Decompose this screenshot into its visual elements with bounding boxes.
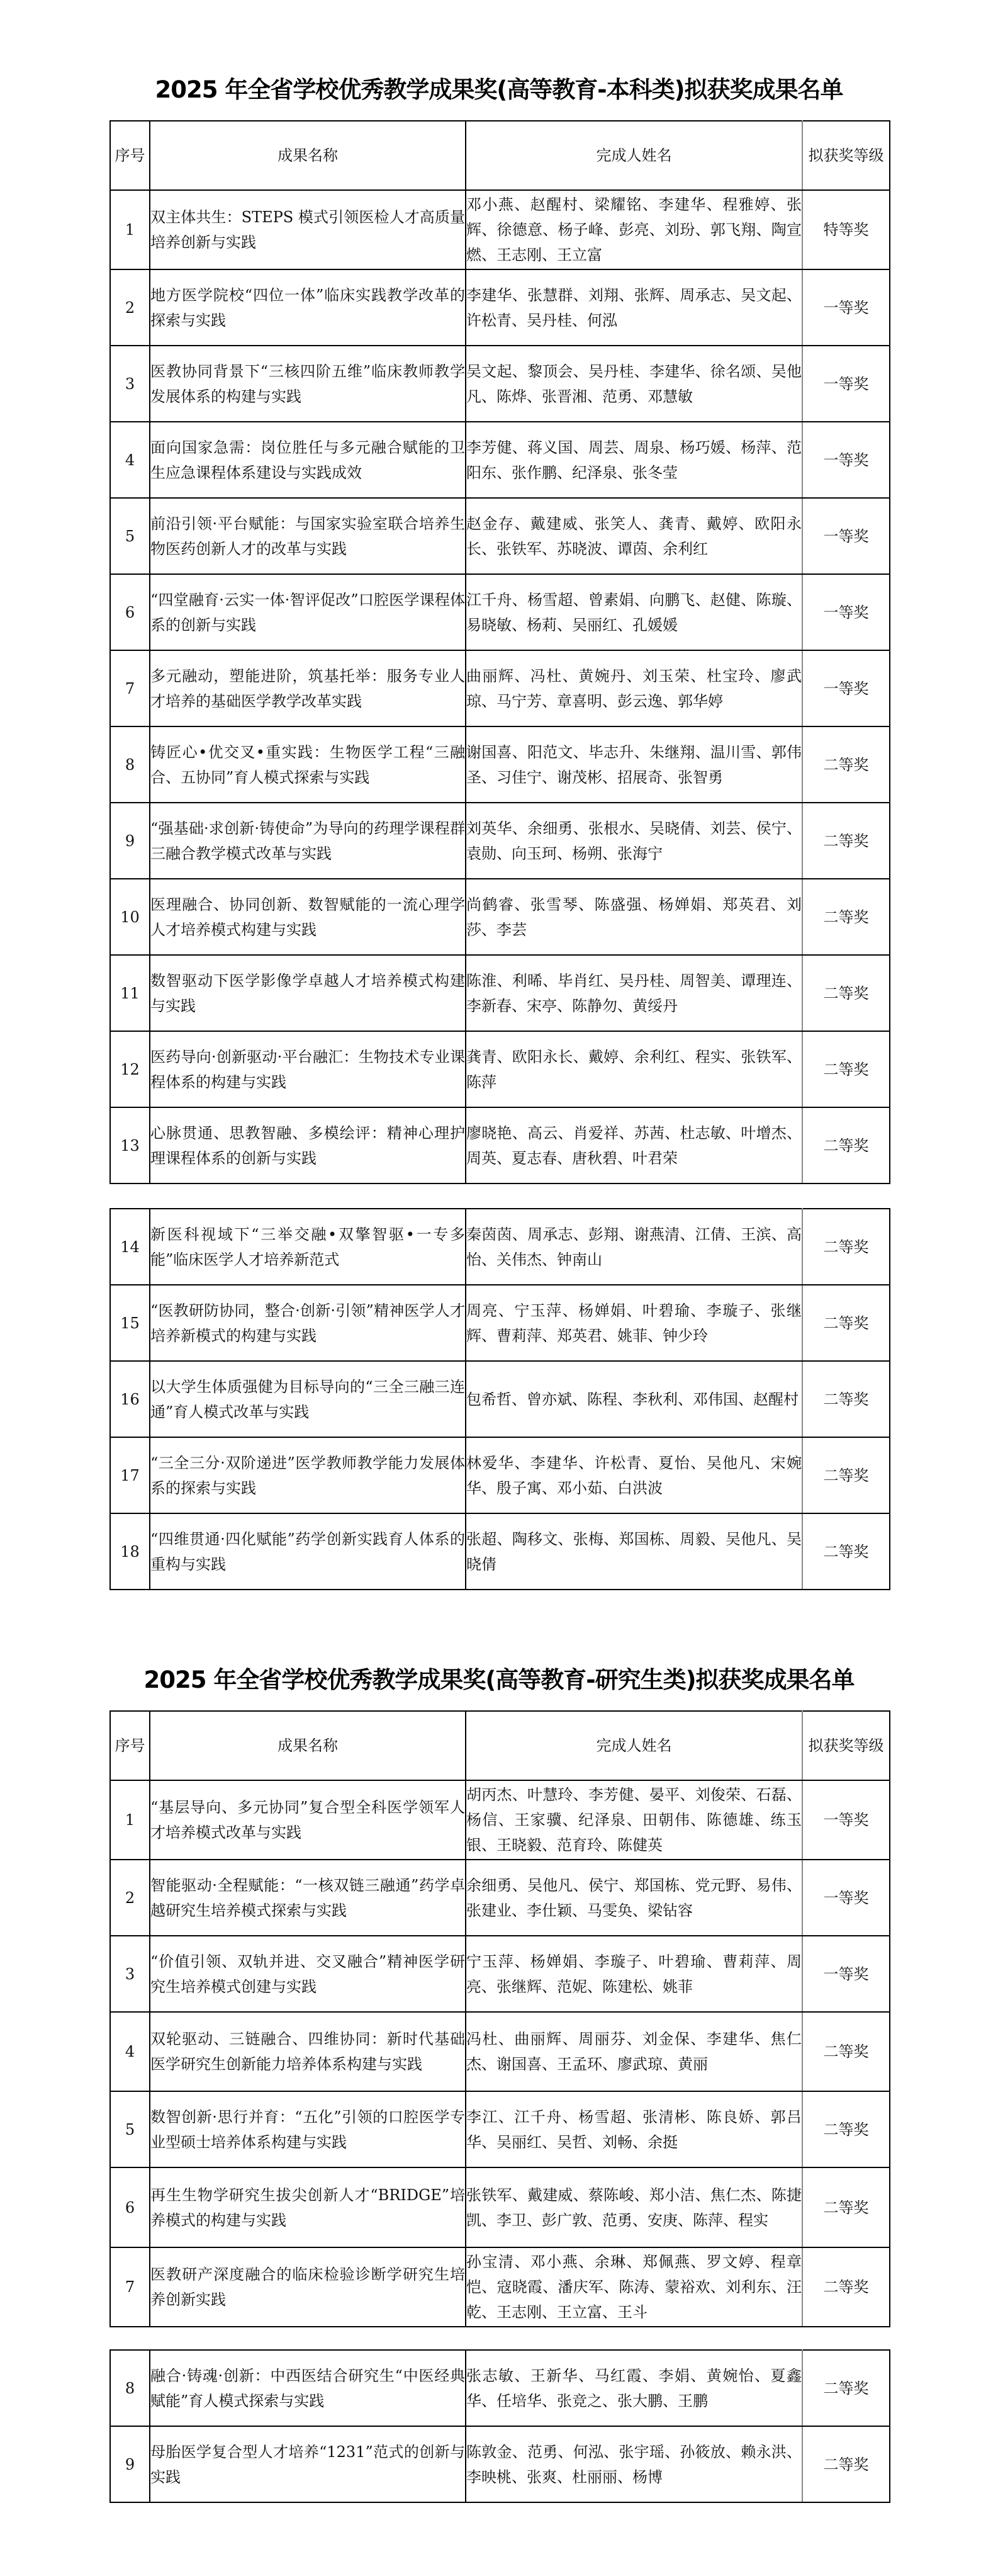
- row-level: 二等奖: [802, 726, 890, 803]
- row-names: 龚青、欧阳永长、戴婷、余利红、程实、张铁军、陈萍: [466, 1031, 802, 1107]
- table-row: 10 医理融合、协同创新、数智赋能的一流心理学人才培养模式构建与实践 尚鹤睿、张…: [110, 879, 890, 955]
- row-level: 一等奖: [802, 650, 890, 726]
- table-header-row: 序号 成果名称 完成人姓名 拟获奖等级: [110, 121, 890, 190]
- row-title: 数智创新·思行并育：“五化”引领的口腔医学专业型硕士培养体系构建与实践: [150, 2091, 466, 2167]
- table-row: 13 心脉贯通、思教智融、多模绘评：精神心理护理课程体系的创新与实践 廖晓艳、高…: [110, 1107, 890, 1183]
- table-row: 6 再生生物学研究生拔尖创新人才“BRIDGE”培养模式的构建与实践 张铁军、戴…: [110, 2167, 890, 2247]
- row-seq: 6: [110, 2167, 150, 2247]
- row-names: 尚鹤睿、张雪琴、陈盛强、杨婵娟、郑英君、刘莎、李芸: [466, 879, 802, 955]
- table-row: 4 面向国家急需：岗位胜任与多元融合赋能的卫生应急课程体系建设与实践成效 李芳健…: [110, 422, 890, 498]
- row-title: 再生生物学研究生拔尖创新人才“BRIDGE”培养模式的构建与实践: [150, 2167, 466, 2247]
- row-seq: 18: [110, 1513, 150, 1590]
- row-names: 包希哲、曾亦斌、陈程、李秋利、邓伟国、赵醒村: [466, 1361, 802, 1437]
- row-names: 张超、陶移文、张梅、郑国栋、周毅、吴他凡、吴晓倩: [466, 1513, 802, 1590]
- row-title: “四维贯通·四化赋能”药学创新实践育人体系的重构与实践: [150, 1513, 466, 1590]
- row-level: 二等奖: [802, 955, 890, 1031]
- row-seq: 9: [110, 2426, 150, 2502]
- row-seq: 11: [110, 955, 150, 1031]
- header-level: 拟获奖等级: [802, 1711, 890, 1780]
- row-title: “四堂融育·云实一体·智评促改”口腔医学课程体系的创新与实践: [150, 574, 466, 650]
- row-seq: 2: [110, 269, 150, 346]
- row-level: 一等奖: [802, 1780, 890, 1860]
- header-title: 成果名称: [150, 121, 466, 190]
- table-row: 5 前沿引领·平台赋能：与国家实验室联合培养生物医药创新人才的改革与实践 赵金存…: [110, 498, 890, 574]
- row-seq: 14: [110, 1209, 150, 1285]
- row-level: 二等奖: [802, 1285, 890, 1361]
- row-title: 数智驱动下医学影像学卓越人才培养模式构建与实践: [150, 955, 466, 1031]
- row-names: 孙宝清、邓小燕、余琳、郑佩燕、罗文婷、程章恺、寇晓霞、潘庆军、陈涛、蒙裕欢、刘利…: [466, 2247, 802, 2327]
- row-names: 冯杜、曲丽辉、周丽芬、刘金保、李建华、焦仁杰、谢国喜、王孟环、廖武琼、黄丽: [466, 2012, 802, 2091]
- row-title: 地方医学院校“四位一体”临床实践教学改革的探索与实践: [150, 269, 466, 346]
- row-seq: 9: [110, 803, 150, 879]
- table-row: 9 母胎医学复合型人才培养“1231”范式的创新与实践 陈敦金、范勇、何泓、张宇…: [110, 2426, 890, 2502]
- table-row: 16 以大学生体质强健为目标导向的“三全三融三连通”育人模式改革与实践 包希哲、…: [110, 1361, 890, 1437]
- table-row: 3 “价值引领、双轨并进、交叉融合”精神医学研究生培养模式创建与实践 宁玉萍、杨…: [110, 1936, 890, 2012]
- table-row: 5 数智创新·思行并育：“五化”引领的口腔医学专业型硕士培养体系构建与实践 李江…: [110, 2091, 890, 2167]
- table-header-row: 序号 成果名称 完成人姓名 拟获奖等级: [110, 1711, 890, 1780]
- row-title: 面向国家急需：岗位胜任与多元融合赋能的卫生应急课程体系建设与实践成效: [150, 422, 466, 498]
- row-title: “基层导向、多元协同”复合型全科医学领军人才培养模式改革与实践: [150, 1780, 466, 1860]
- row-names: 刘英华、余细勇、张根水、吴晓倩、刘芸、侯宁、袁勋、向玉珂、杨朔、张海宁: [466, 803, 802, 879]
- table-row: 8 融合·铸魂·创新：中西医结合研究生“中医经典赋能”育人模式探索与实践 张志敏…: [110, 2350, 890, 2426]
- row-level: 二等奖: [802, 1437, 890, 1513]
- row-title: 融合·铸魂·创新：中西医结合研究生“中医经典赋能”育人模式探索与实践: [150, 2350, 466, 2426]
- row-title: 医教协同背景下“三核四阶五维”临床教师教学发展体系的构建与实践: [150, 346, 466, 422]
- row-seq: 5: [110, 498, 150, 574]
- row-title: “三全三分·双阶递进”医学教师教学能力发展体系的探索与实践: [150, 1437, 466, 1513]
- table-row: 1 “基层导向、多元协同”复合型全科医学领军人才培养模式改革与实践 胡丙杰、叶慧…: [110, 1780, 890, 1860]
- undergrad-page-title: 2025 年全省学校优秀教学成果奖(高等教育-本科类)拟获奖成果名单: [0, 71, 998, 105]
- undergrad-table-body: 1 双主体共生：STEPS 模式引领医检人才高质量培养创新与实践 邓小燕、赵醒村…: [110, 190, 890, 1183]
- row-names: 廖晓艳、高云、肖爱祥、苏茜、杜志敏、叶增杰、周英、夏志春、唐秋碧、叶君荣: [466, 1107, 802, 1183]
- row-names: 江千舟、杨雪超、曾素娟、向鹏飞、赵健、陈璇、易晓敏、杨莉、吴丽红、孔媛媛: [466, 574, 802, 650]
- row-seq: 4: [110, 422, 150, 498]
- row-title: 智能驱动·全程赋能：“一核双链三融通”药学卓越研究生培养模式探索与实践: [150, 1860, 466, 1936]
- row-seq: 10: [110, 879, 150, 955]
- table-row: 17 “三全三分·双阶递进”医学教师教学能力发展体系的探索与实践 林爱华、李建华…: [110, 1437, 890, 1513]
- row-title: “强基础·求创新·铸使命”为导向的药理学课程群三融合教学模式改革与实践: [150, 803, 466, 879]
- row-names: 陈淮、利晞、毕肖红、吴丹桂、周智美、谭理连、李新春、宋亭、陈静勿、黄绥丹: [466, 955, 802, 1031]
- row-title: 前沿引领·平台赋能：与国家实验室联合培养生物医药创新人才的改革与实践: [150, 498, 466, 574]
- row-names: 胡丙杰、叶慧玲、李芳健、晏平、刘俊荣、石磊、杨信、王家骥、纪泽泉、田朝伟、陈德雄…: [466, 1780, 802, 1860]
- row-level: 特等奖: [802, 190, 890, 269]
- table-row: 8 铸匠心•优交叉•重实践：生物医学工程“三融合、五协同”育人模式探索与实践 谢…: [110, 726, 890, 803]
- row-level: 一等奖: [802, 269, 890, 346]
- row-title: 新医科视域下“三举交融•双擎智驱•一专多能”临床医学人才培养新范式: [150, 1209, 466, 1285]
- row-names: 曲丽辉、冯杜、黄婉丹、刘玉荣、杜宝玲、廖武琼、马宁芳、章喜明、彭云逸、郭华婷: [466, 650, 802, 726]
- row-level: 二等奖: [802, 2091, 890, 2167]
- row-seq: 6: [110, 574, 150, 650]
- row-title: 心脉贯通、思教智融、多模绘评：精神心理护理课程体系的创新与实践: [150, 1107, 466, 1183]
- table-row: 3 医教协同背景下“三核四阶五维”临床教师教学发展体系的构建与实践 吴文起、黎顶…: [110, 346, 890, 422]
- row-level: 一等奖: [802, 498, 890, 574]
- row-names: 张志敏、王新华、马红霞、李娟、黄婉怡、夏鑫华、任培华、张竞之、张大鹏、王鹏: [466, 2350, 802, 2426]
- row-level: 二等奖: [802, 2167, 890, 2247]
- row-title: 双主体共生：STEPS 模式引领医检人才高质量培养创新与实践: [150, 190, 466, 269]
- row-seq: 8: [110, 726, 150, 803]
- row-seq: 12: [110, 1031, 150, 1107]
- row-level: 二等奖: [802, 2350, 890, 2426]
- row-level: 一等奖: [802, 422, 890, 498]
- row-seq: 13: [110, 1107, 150, 1183]
- row-level: 一等奖: [802, 1860, 890, 1936]
- row-level: 一等奖: [802, 1936, 890, 2012]
- graduate-table-body-continued: 8 融合·铸魂·创新：中西医结合研究生“中医经典赋能”育人模式探索与实践 张志敏…: [110, 2350, 890, 2502]
- row-level: 一等奖: [802, 574, 890, 650]
- header-names: 完成人姓名: [466, 1711, 802, 1780]
- row-seq: 5: [110, 2091, 150, 2167]
- row-seq: 17: [110, 1437, 150, 1513]
- undergrad-table-body-continued: 14 新医科视域下“三举交融•双擎智驱•一专多能”临床医学人才培养新范式 秦茵茵…: [110, 1209, 890, 1590]
- row-seq: 16: [110, 1361, 150, 1437]
- row-level: 二等奖: [802, 2247, 890, 2327]
- row-seq: 8: [110, 2350, 150, 2426]
- row-seq: 4: [110, 2012, 150, 2091]
- header-seq: 序号: [110, 1711, 150, 1780]
- row-names: 谢国喜、阳范文、毕志升、朱继翔、温川雪、郭伟圣、习佳宁、谢茂彬、招展奇、张智勇: [466, 726, 802, 803]
- row-title: 铸匠心•优交叉•重实践：生物医学工程“三融合、五协同”育人模式探索与实践: [150, 726, 466, 803]
- table-row: 2 智能驱动·全程赋能：“一核双链三融通”药学卓越研究生培养模式探索与实践 余细…: [110, 1860, 890, 1936]
- row-seq: 1: [110, 1780, 150, 1860]
- table-row: 7 医教研产深度融合的临床检验诊断学研究生培养创新实践 孙宝清、邓小燕、余琳、郑…: [110, 2247, 890, 2327]
- graduate-page-title: 2025 年全省学校优秀教学成果奖(高等教育-研究生类)拟获奖成果名单: [0, 1661, 998, 1695]
- table-row: 14 新医科视域下“三举交融•双擎智驱•一专多能”临床医学人才培养新范式 秦茵茵…: [110, 1209, 890, 1285]
- row-names: 赵金存、戴建威、张笑人、龚青、戴婷、欧阳永长、张铁军、苏晓波、谭茵、余利红: [466, 498, 802, 574]
- row-names: 林爱华、李建华、许松青、夏怡、吴他凡、宋婉华、殷子寓、邓小茹、白洪波: [466, 1437, 802, 1513]
- row-names: 张铁军、戴建威、蔡陈峻、郑小洁、焦仁杰、陈捷凯、李卫、彭广敦、范勇、安庚、陈萍、…: [466, 2167, 802, 2247]
- row-names: 李江、江千舟、杨雪超、张清彬、陈良娇、郭吕华、吴丽红、吴哲、刘畅、余挺: [466, 2091, 802, 2167]
- row-level: 二等奖: [802, 1361, 890, 1437]
- row-seq: 7: [110, 650, 150, 726]
- row-seq: 3: [110, 1936, 150, 2012]
- row-names: 余细勇、吴他凡、侯宁、郑国栋、党元野、易伟、张建业、李仕颖、马雯奂、梁钻容: [466, 1860, 802, 1936]
- header-level: 拟获奖等级: [802, 121, 890, 190]
- table-row: 7 多元融动，塑能进阶，筑基托举：服务专业人才培养的基础医学教学改革实践 曲丽辉…: [110, 650, 890, 726]
- undergrad-award-table: 序号 成果名称 完成人姓名 拟获奖等级 1 双主体共生：STEPS 模式引领医检…: [109, 120, 890, 1184]
- table-row: 12 医药导向·创新驱动·平台融汇：生物技术专业课程体系的构建与实践 龚青、欧阳…: [110, 1031, 890, 1107]
- row-seq: 1: [110, 190, 150, 269]
- row-title: 多元融动，塑能进阶，筑基托举：服务专业人才培养的基础医学教学改革实践: [150, 650, 466, 726]
- row-names: 李芳健、蒋义国、周芸、周泉、杨巧媛、杨萍、范阳东、张作鹏、纪泽泉、张冬莹: [466, 422, 802, 498]
- row-names: 吴文起、黎顶会、吴丹桂、李建华、徐名颂、吴他凡、陈烨、张晋湘、范勇、邓慧敏: [466, 346, 802, 422]
- row-title: 医教研产深度融合的临床检验诊断学研究生培养创新实践: [150, 2247, 466, 2327]
- header-names: 完成人姓名: [466, 121, 802, 190]
- row-title: 母胎医学复合型人才培养“1231”范式的创新与实践: [150, 2426, 466, 2502]
- table-row: 6 “四堂融育·云实一体·智评促改”口腔医学课程体系的创新与实践 江千舟、杨雪超…: [110, 574, 890, 650]
- row-names: 宁玉萍、杨婵娟、李璇子、叶碧瑜、曹莉萍、周亮、张继辉、范妮、陈建松、姚菲: [466, 1936, 802, 2012]
- row-title: 以大学生体质强健为目标导向的“三全三融三连通”育人模式改革与实践: [150, 1361, 466, 1437]
- table-row: 1 双主体共生：STEPS 模式引领医检人才高质量培养创新与实践 邓小燕、赵醒村…: [110, 190, 890, 269]
- table-row: 4 双轮驱动、三链融合、四维协同：新时代基础医学研究生创新能力培养体系构建与实践…: [110, 2012, 890, 2091]
- row-level: 二等奖: [802, 1107, 890, 1183]
- header-title: 成果名称: [150, 1711, 466, 1780]
- table-row: 9 “强基础·求创新·铸使命”为导向的药理学课程群三融合教学模式改革与实践 刘英…: [110, 803, 890, 879]
- row-names: 陈敦金、范勇、何泓、张宇瑶、孙筱放、赖永洪、李映桃、张爽、杜丽丽、杨博: [466, 2426, 802, 2502]
- graduate-award-table: 序号 成果名称 完成人姓名 拟获奖等级 1 “基层导向、多元协同”复合型全科医学…: [109, 1710, 890, 2327]
- graduate-table-body: 1 “基层导向、多元协同”复合型全科医学领军人才培养模式改革与实践 胡丙杰、叶慧…: [110, 1780, 890, 2327]
- row-level: 二等奖: [802, 2012, 890, 2091]
- row-level: 二等奖: [802, 2426, 890, 2502]
- row-title: 医药导向·创新驱动·平台融汇：生物技术专业课程体系的构建与实践: [150, 1031, 466, 1107]
- graduate-award-table-continued: 8 融合·铸魂·创新：中西医结合研究生“中医经典赋能”育人模式探索与实践 张志敏…: [109, 2349, 890, 2503]
- table-row: 15 “医教研防协同，整合·创新·引领”精神医学人才培养新模式的构建与实践 周亮…: [110, 1285, 890, 1361]
- row-level: 二等奖: [802, 803, 890, 879]
- row-title: “价值引领、双轨并进、交叉融合”精神医学研究生培养模式创建与实践: [150, 1936, 466, 2012]
- row-title: “医教研防协同，整合·创新·引领”精神医学人才培养新模式的构建与实践: [150, 1285, 466, 1361]
- row-title: 医理融合、协同创新、数智赋能的一流心理学人才培养模式构建与实践: [150, 879, 466, 955]
- row-level: 二等奖: [802, 879, 890, 955]
- row-level: 二等奖: [802, 1031, 890, 1107]
- row-names: 李建华、张慧群、刘翔、张辉、周承志、吴文起、许松青、吴丹桂、何泓: [466, 269, 802, 346]
- header-seq: 序号: [110, 121, 150, 190]
- row-names: 邓小燕、赵醒村、梁耀铭、李建华、程雅婷、张辉、徐德意、杨子峰、彭亮、刘玢、郭飞翔…: [466, 190, 802, 269]
- row-level: 二等奖: [802, 1209, 890, 1285]
- table-row: 11 数智驱动下医学影像学卓越人才培养模式构建与实践 陈淮、利晞、毕肖红、吴丹桂…: [110, 955, 890, 1031]
- row-seq: 3: [110, 346, 150, 422]
- undergrad-award-table-continued: 14 新医科视域下“三举交融•双擎智驱•一专多能”临床医学人才培养新范式 秦茵茵…: [109, 1208, 890, 1590]
- row-names: 秦茵茵、周承志、彭翔、谢燕清、江倩、王滨、高怡、关伟杰、钟南山: [466, 1209, 802, 1285]
- table-row: 2 地方医学院校“四位一体”临床实践教学改革的探索与实践 李建华、张慧群、刘翔、…: [110, 269, 890, 346]
- row-seq: 7: [110, 2247, 150, 2327]
- row-title: 双轮驱动、三链融合、四维协同：新时代基础医学研究生创新能力培养体系构建与实践: [150, 2012, 466, 2091]
- table-row: 18 “四维贯通·四化赋能”药学创新实践育人体系的重构与实践 张超、陶移文、张梅…: [110, 1513, 890, 1590]
- row-level: 二等奖: [802, 1513, 890, 1590]
- row-level: 一等奖: [802, 346, 890, 422]
- row-seq: 2: [110, 1860, 150, 1936]
- row-names: 周亮、宁玉萍、杨婵娟、叶碧瑜、李璇子、张继辉、曹莉萍、郑英君、姚菲、钟少玲: [466, 1285, 802, 1361]
- row-seq: 15: [110, 1285, 150, 1361]
